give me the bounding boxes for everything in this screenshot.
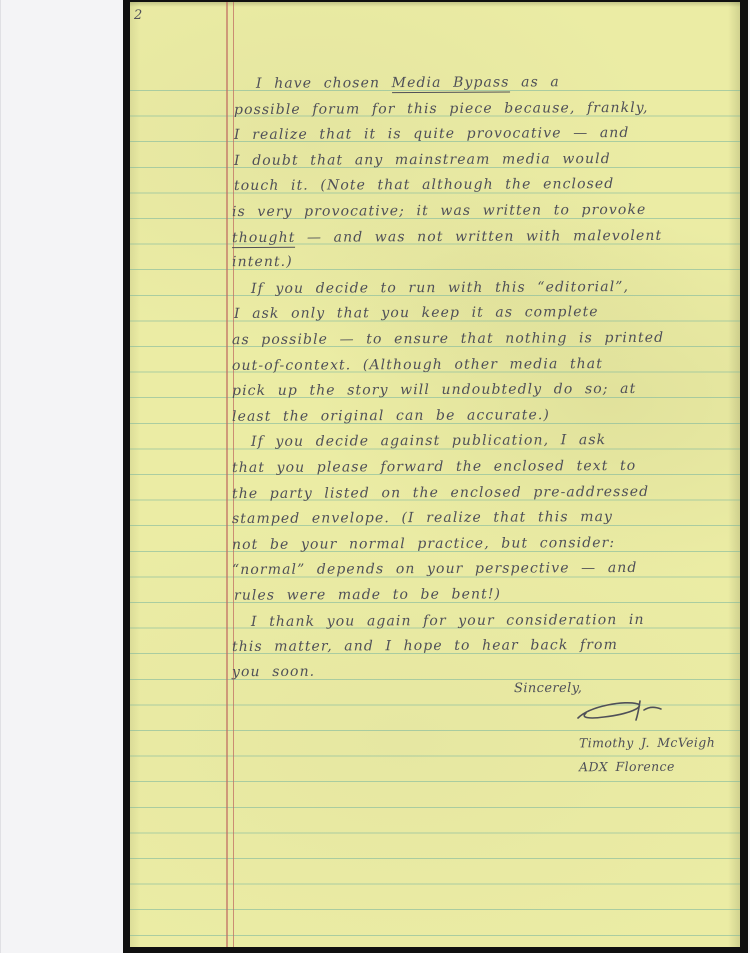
handwritten-line: rules were made to be bent!) (234, 584, 501, 605)
signer-name: Timothy J. McVeigh (579, 733, 715, 754)
handwritten-line: If you decide against publication, I ask (251, 430, 606, 452)
handwritten-line: as possible — to ensure that nothing is … (232, 328, 664, 350)
signature-scrawl (570, 698, 665, 730)
handwritten-line: not be your normal practice, but conside… (232, 533, 615, 555)
handwritten-line: intent.) (232, 252, 293, 272)
signer-location: ADX Florence (579, 757, 675, 778)
handwritten-line: touch it. (Note that although the enclos… (234, 174, 614, 196)
page-backdrop: 2 I have chosen Media Bypass as a possib… (0, 0, 750, 953)
legal-pad-page: 2 I have chosen Media Bypass as a possib… (130, 2, 740, 947)
page-number: 2 (134, 6, 142, 26)
handwritten-line: stamped envelope. (I realize that this m… (232, 507, 613, 529)
handwritten-line: out-of-context. (Although other media th… (232, 354, 603, 376)
handwritten-line: least the original can be accurate.) (232, 405, 550, 427)
handwritten-line: that you please forward the enclosed tex… (232, 456, 636, 478)
handwritten-line: I thank you again for your consideration… (251, 610, 645, 632)
line-text: I have chosen (256, 75, 392, 92)
line-text: as a (510, 74, 560, 90)
handwritten-line: If you decide to run with this “editoria… (251, 277, 629, 299)
handwritten-line: is very provocative; it was written to p… (232, 200, 647, 222)
handwritten-line: “normal” depends on your perspective — a… (232, 558, 638, 580)
handwritten-line: the party listed on the enclosed pre-add… (232, 482, 649, 504)
handwritten-line: thought — and was not written with malev… (232, 225, 662, 247)
handwritten-line: I ask only that you keep it as complete (234, 302, 599, 324)
handwritten-line: pick up the story will undoubtedly do so… (232, 379, 636, 401)
handwritten-line: I have chosen Media Bypass as a (256, 72, 560, 94)
handwritten-line: you soon. (232, 662, 315, 682)
handwritten-line: possible forum for this piece because, f… (234, 98, 649, 120)
underlined-text: Media Bypass (392, 74, 510, 93)
line-text: — and was not written with malevolent (295, 227, 662, 245)
salutation: Sincerely, (514, 679, 582, 699)
handwritten-line: I doubt that any mainstream media would (234, 149, 611, 171)
scan-frame: 2 I have chosen Media Bypass as a possib… (123, 0, 748, 953)
underlined-text: thought (232, 229, 295, 247)
handwritten-line: this matter, and I hope to hear back fro… (232, 635, 618, 657)
handwritten-line: I realize that it is quite provocative —… (234, 123, 630, 145)
